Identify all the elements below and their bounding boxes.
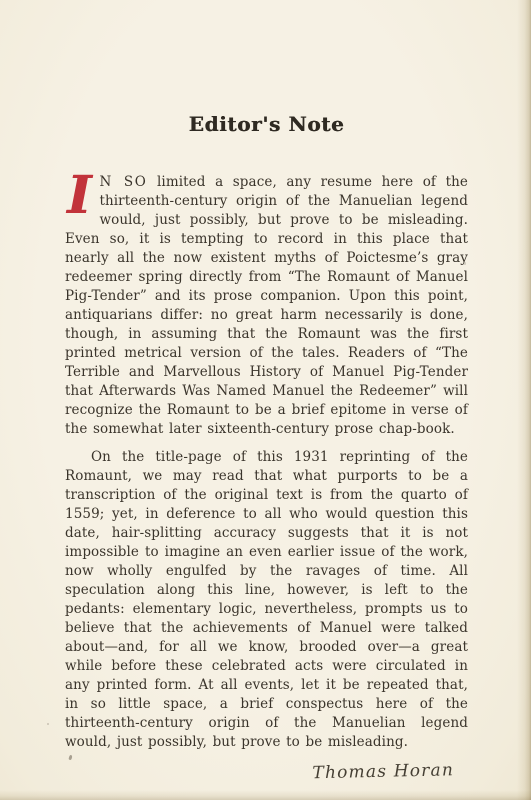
editors-note-content: Editor's Note I N SO limited a space, an… <box>65 112 468 780</box>
page-edge-shadow-right <box>517 0 531 800</box>
paragraph-one: I N SO limited a space, any resume here … <box>65 173 468 439</box>
dropcap-initial: I <box>67 176 91 216</box>
page-title: Editor's Note <box>65 112 468 136</box>
book-page: Editor's Note I N SO limited a space, an… <box>0 0 531 800</box>
page-edge-shadow-bottom <box>0 790 531 800</box>
lead-capitals: N SO <box>99 174 147 190</box>
scan-speck <box>47 723 49 725</box>
paragraph-two: On the title-page of this 1931 reprintin… <box>65 448 468 752</box>
editor-signature: Thomas Horan <box>65 760 468 788</box>
paragraph-one-text: limited a space, any resume here of the … <box>65 174 468 437</box>
